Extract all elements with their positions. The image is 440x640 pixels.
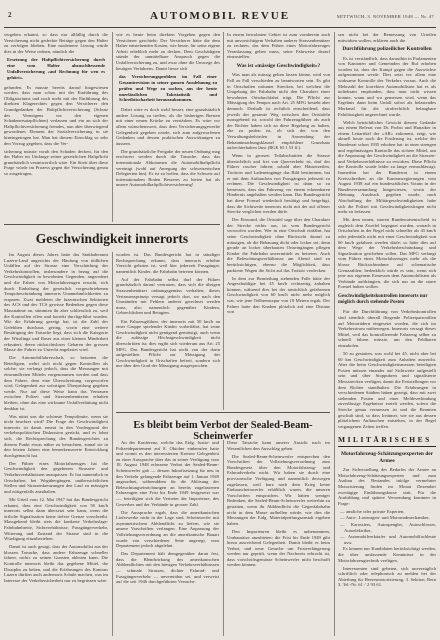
subhead-polizeiliche-kontrollen: Durchführung polizeilicher Kontrollen [338,46,436,52]
body-paragraph: Damit ist auch gesagt, dass der Automobi… [4,544,108,583]
body-paragraph: Das Departement hält demgegenüber daran … [116,551,219,585]
bold-inset-paragraph: Ersetzung der Haftpflichtversicherung du… [7,57,105,80]
subhead-maessige-geschwindigkeit: Was ist «mässige Geschwindigkeit»? [227,63,330,69]
column-rule [223,440,224,636]
list-item: — Karossiers, Autospengler, Autoschlosse… [338,522,436,533]
body-paragraph: Die Aussprache ergab, dass die amerikani… [116,510,219,549]
column-rule [112,32,113,222]
list-item: — amtliche oder private Experten, [338,509,436,515]
body-paragraph: Interessenten sind gebeten, sich unverzü… [338,566,436,588]
column-4: sen nicht bei der Bemessung von Urteilen… [338,32,436,636]
article-speed-left-column: Im August dieses Jahres hatte das Statth… [4,252,108,636]
body-paragraph: Ein Fahrzeugführer, der innerorts mit 50… [116,319,220,369]
body-paragraph: Es können nur Kandidaten berücksichtigt … [338,546,436,563]
body-paragraph: Die Sealed-Beam-Scheinwerfer entsprechen… [227,454,330,527]
body-paragraph: Was nützt uns die schönste Tempolimite, … [4,414,108,459]
list-item: — Automobilverkäufer und Automobilfachle… [338,534,436,545]
body-paragraph: sen nicht bei der Bemessung von Urteilen… [338,32,436,43]
body-paragraph: Wenn in grossen Teilabschnitten die Stra… [227,153,330,215]
body-paragraph: Der Einwand, die Ortstafel sage über den… [227,217,330,273]
column-3: In einem bewohnten Gebiet ist zum vornhe… [227,32,330,410]
subhead-schaetzungsexperten: Motorfahrzeug-Schätzungsexperten der Arm… [338,451,436,464]
article-speed-headline-box: Geschwindigkeit innerorts [4,224,220,251]
body-paragraph: Mit dem neuen, starren Bundesratsentsche… [338,217,436,290]
column-1-top: vergeben erkannt, so dass nur allfällig … [4,32,108,222]
column-rule [223,32,224,410]
body-paragraph: Im August dieses Jahres hatte das Statth… [4,252,108,353]
column-2-top: wie es heute beim direkten Vorgehen gege… [116,32,220,222]
body-paragraph: worden ist. Das Bundesgericht hat in stä… [116,252,220,274]
body-paragraph: Auf der Fahrbahn selbst darf der Führer … [116,277,220,316]
body-paragraph: Den Importeuren bleibt es unbenommen, Um… [227,529,330,568]
body-paragraph: Die grundsätzliche Freigabe der neuen Or… [116,149,220,188]
body-paragraph: Welch beträchtliches Gewicht diesem Geda… [338,120,436,215]
body-paragraph: Dabei wäre es doch wohl besser, eine gru… [116,107,220,146]
article-sealed-right-column: Diese Tatsache kann unserer Ansicht nach… [227,440,330,636]
masthead: 2 AUTOMOBIL REVUE MITTWOCH, 3. NOVEMBER … [0,8,440,24]
article-sealed-left-column: An der Konferenz, welche das Eidg. Justi… [116,440,219,636]
body-paragraph: In dem zur Beurteilung stehenden Falle h… [227,276,330,315]
body-paragraph: Diese Tatsache kann unserer Ansicht nach… [227,440,330,451]
subhead-geschwindigkeitskontrollen: Geschwindigkeitskontrollen innerorts nur… [338,294,436,306]
body-paragraph: Der Führer eines Motorfahrzeuges hat die… [4,461,108,495]
body-paragraph: Was man als mässig gelten lassen könne, … [227,72,330,150]
newspaper-page: 2 AUTOMOBIL REVUE MITTWOCH, 3. NOVEMBER … [0,0,440,640]
column-rule [112,252,113,636]
article-sealed-headline-box: Es bleibt beim Verbot der Sealed-Beam-Sc… [116,412,330,439]
article-speed-right-column: worden ist. Das Bundesgericht hat in stä… [116,252,220,410]
body-paragraph: Für die Durchführung von Verkehrskontrol… [338,309,436,348]
body-paragraph: sicherung müsste vorab den Schaden decke… [4,149,108,177]
body-paragraph: vergeben erkannt, so dass nur allfällig … [4,32,108,54]
body-paragraph: Mit Urteil vom 12. Mai 1947 hat das Bund… [4,497,108,542]
issue-date: MITTWOCH, 3. NOVEMBER 1948 — Nr. 47 [337,14,434,19]
list-item: — Auto-, Lastwagen- und Motorradmechanik… [338,515,436,521]
masthead-rule [4,27,436,28]
body-paragraph: An der Konferenz, welche das Eidg. Justi… [116,440,219,507]
body-paragraph: Es ist verständlich, dass daraufhin in P… [338,56,436,118]
section-title-militaerisches: MILITÄRISCHES [338,435,436,447]
body-paragraph: In einem bewohnten Gebiet ist zum vornhe… [227,32,330,60]
body-paragraph: Zur Sicherstellung des Bedarfes der Arme… [338,467,436,506]
body-paragraph: 50 zu gestatten, was wohl bei 45, nicht … [338,351,436,429]
body-paragraph: Die Automobilfahrerschaft, so betonten d… [4,355,108,411]
body-paragraph: wie es heute beim direkten Vorgehen gege… [116,32,220,71]
bold-inset-paragraph: das Versicherungsproblem im Fall einer G… [119,74,217,103]
body-paragraph: gefunden. Es musste bereits darauf hinge… [4,85,108,147]
headline-geschwindigkeit-innerorts: Geschwindigkeit innerorts [4,231,220,247]
column-rule [334,32,335,636]
headline-sealed-beam-verbot: Es bleibt beim Verbot der Sealed-Beam-Sc… [116,420,330,442]
